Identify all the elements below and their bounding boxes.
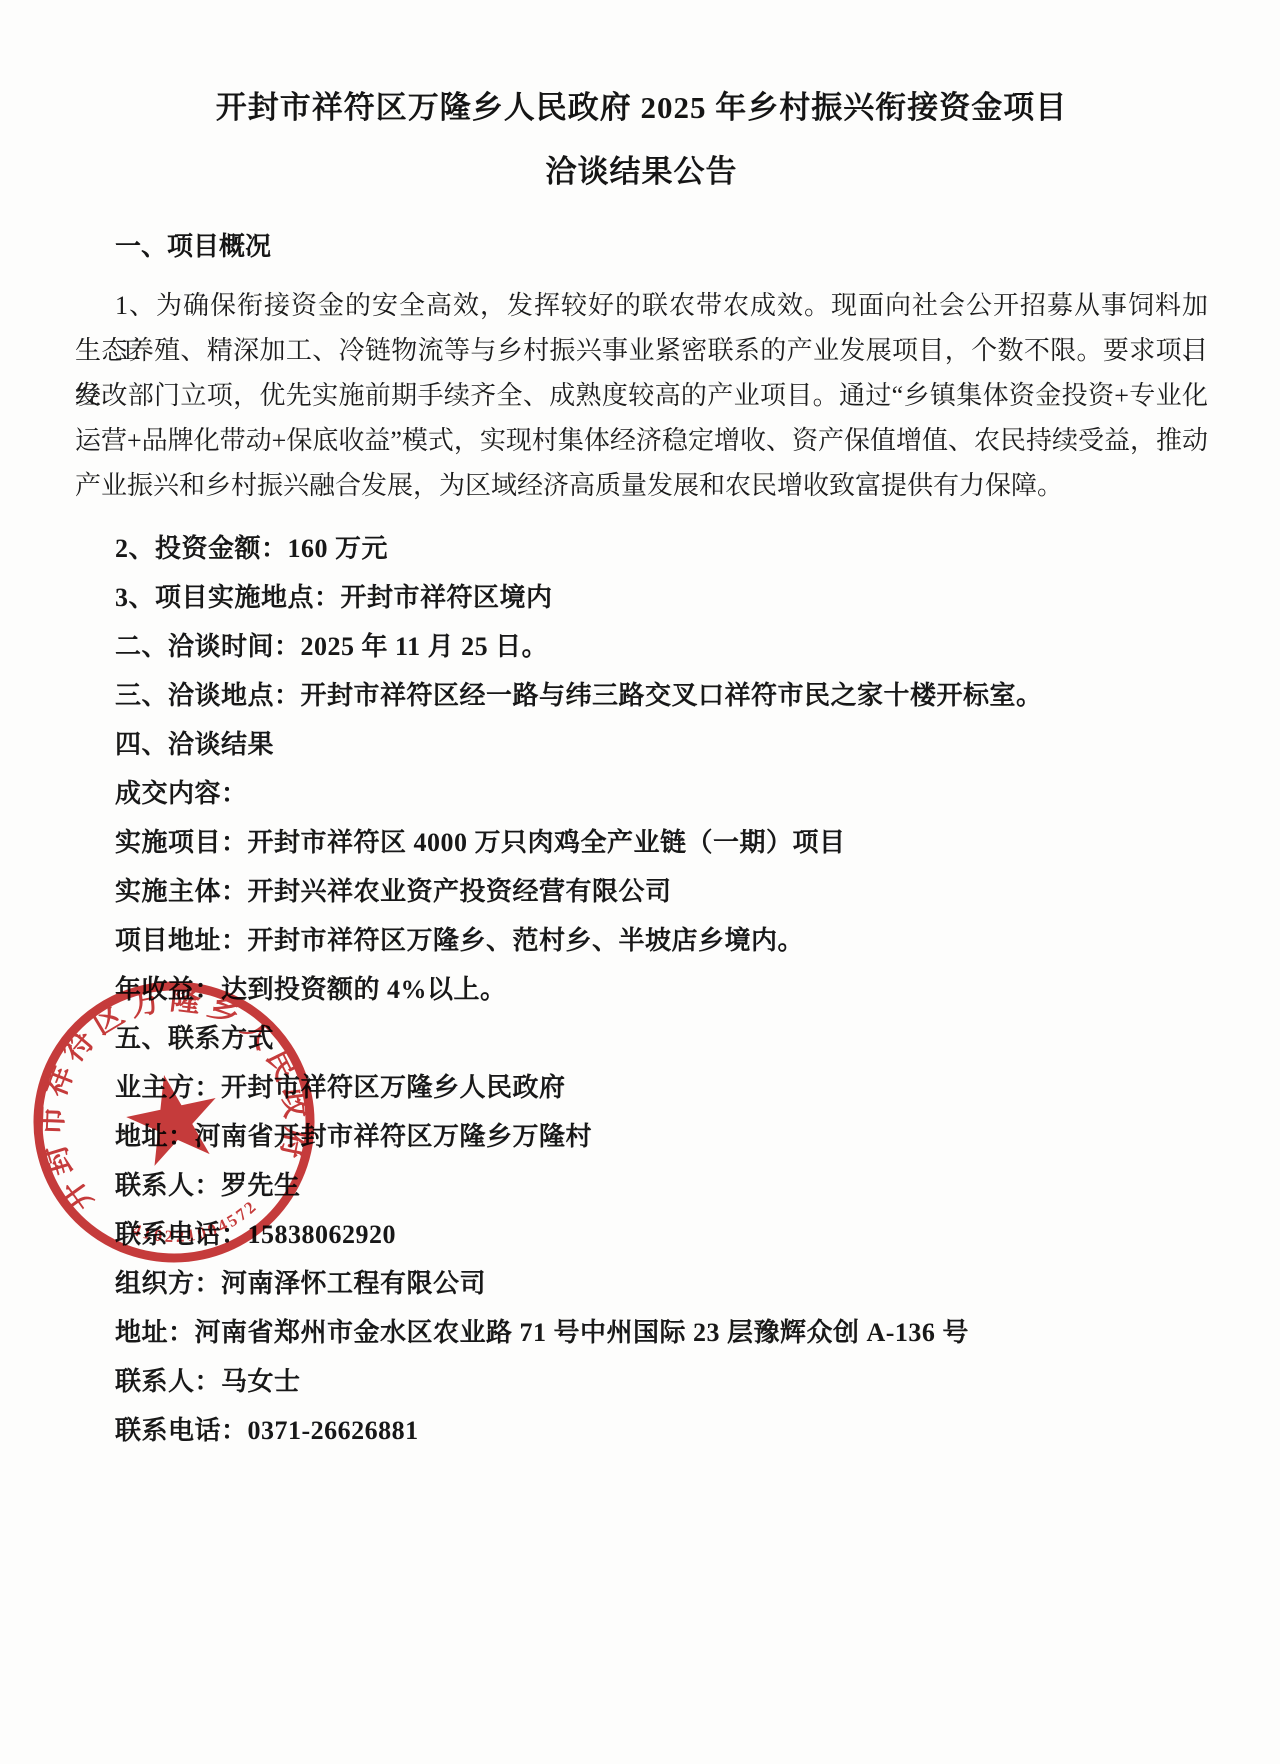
section-heading-overview: 一、项目概况: [75, 222, 1208, 271]
doc-line-owner-phone: 联系电话：15838062920: [75, 1210, 1208, 1259]
doc-line-negotiation-time: 二、洽谈时间：2025 年 11 月 25 日。: [75, 622, 1208, 671]
doc-line-negotiation-place: 三、洽谈地点：开封市祥符区经一路与纬三路交叉口祥符市民之家十楼开标室。: [75, 671, 1208, 720]
page-title-line2: 洽谈结果公告: [75, 152, 1208, 192]
doc-line-owner-contact-person: 联系人：罗先生: [75, 1161, 1208, 1210]
doc-line-organizer-phone: 联系电话：0371-26626881: [75, 1406, 1208, 1455]
document-body: 开封市祥符区万隆乡人民政府 2025 年乡村振兴衔接资金项目 洽谈结果公告 一、…: [75, 88, 1208, 1455]
paragraph-line: 发改部门立项，优先实施前期手续齐全、成熟度较高的产业项目。通过“乡镇集体资金投资…: [75, 373, 1208, 418]
doc-line-project-location: 3、项目实施地点：开封市祥符区境内: [75, 573, 1208, 622]
doc-line-organizer: 组织方：河南泽怀工程有限公司: [75, 1259, 1208, 1308]
section-heading-contact: 五、联系方式: [75, 1014, 1208, 1063]
doc-line-deal-content: 成交内容：: [75, 769, 1208, 818]
paragraph-line: 产业振兴和乡村振兴融合发展，为区域经济高质量发展和农民增收致富提供有力保障。: [75, 463, 1208, 508]
paragraph-line: 生态养殖、精深加工、冷链物流等与乡村振兴事业紧密联系的产业发展项目，个数不限。要…: [75, 328, 1208, 373]
doc-line-project-address: 项目地址：开封市祥符区万隆乡、范村乡、半坡店乡境内。: [75, 916, 1208, 965]
page-title-line1: 开封市祥符区万隆乡人民政府 2025 年乡村振兴衔接资金项目: [75, 88, 1208, 128]
doc-line-investment-amount: 2、投资金额：160 万元: [75, 524, 1208, 573]
doc-line-organizer-address: 地址：河南省郑州市金水区农业路 71 号中州国际 23 层豫辉众创 A-136 …: [75, 1308, 1208, 1357]
doc-line-organizer-contact-person: 联系人：马女士: [75, 1357, 1208, 1406]
doc-line-implemented-project: 实施项目：开封市祥符区 4000 万只肉鸡全产业链（一期）项目: [75, 818, 1208, 867]
paragraph-line: 运营+品牌化带动+保底收益”模式，实现村集体经济稳定增收、资产保值增值、农民持续…: [75, 418, 1208, 463]
scanned-announcement-page: 开封市祥符区万隆乡人民政府 2025 年乡村振兴衔接资金项目 洽谈结果公告 一、…: [0, 0, 1280, 1764]
doc-line-implementing-entity: 实施主体：开封兴祥农业资产投资经营有限公司: [75, 867, 1208, 916]
doc-line-annual-yield: 年收益：达到投资额的 4%以上。: [75, 965, 1208, 1014]
paragraph-line: 1、为确保衔接资金的安全高效，发挥较好的联农带农成效。现面向社会公开招募从事饲料…: [75, 283, 1208, 328]
section-heading-result: 四、洽谈结果: [75, 720, 1208, 769]
doc-line-owner-address: 地址：河南省开封市祥符区万隆乡万隆村: [75, 1112, 1208, 1161]
doc-line-owner-party: 业主方：开封市祥符区万隆乡人民政府: [75, 1063, 1208, 1112]
